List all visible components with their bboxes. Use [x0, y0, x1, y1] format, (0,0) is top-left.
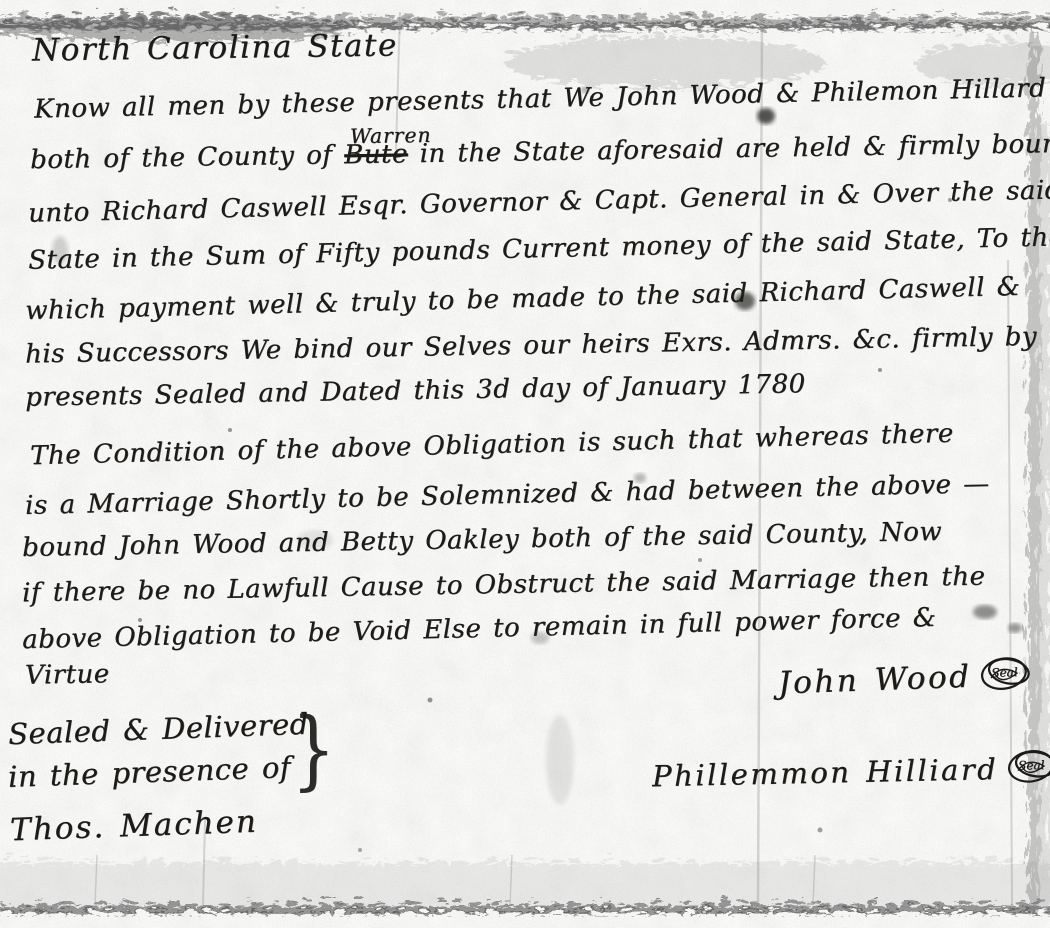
bond-line-3: unto Richard Caswell Esqr. Governor & Ca…: [28, 175, 1050, 228]
bond-line-7: presents Sealed and Dated this 3d day of…: [25, 369, 806, 413]
document-heading: North Carolina State: [32, 27, 398, 68]
signature-john-wood: John WoodSeal: [777, 651, 1036, 704]
bond-line-4: State in the Sum of Fifty pounds Current…: [28, 222, 1050, 276]
bond-line-2: both of the County of Bute Warren in the…: [30, 129, 1050, 175]
inserted-county-name: Warren: [350, 123, 432, 148]
bond-line-2-suffix: in the State aforesaid are held & firmly…: [419, 129, 1050, 169]
witness-signature: Thos. Machen: [9, 804, 258, 849]
bond-line-6: his Successors We bind our Selves our he…: [25, 320, 1050, 369]
condition-line-5: above Obligation to be Void Else to rema…: [22, 603, 937, 655]
bond-line-5: which payment well & truly to be made to…: [25, 272, 1021, 326]
condition-line-4: if there be no Lawfull Cause to Obstruct…: [22, 562, 986, 609]
seal-label: Seal: [1018, 758, 1045, 773]
condition-line-6-virtue: Virtue: [25, 659, 110, 690]
signature-name: Phillemmon Hilliard: [652, 752, 999, 793]
bond-line-1: Know all men by these presents that We J…: [34, 73, 1047, 124]
handwriting-layer: North Carolina State Know all men by the…: [0, 0, 1050, 928]
condition-line-2: is a Marriage Shortly to be Solemnized &…: [25, 469, 990, 521]
attestation-brace: }: [292, 700, 336, 800]
signature-phillemmon-hilliard: Phillemmon HilliardSeal: [652, 744, 1050, 797]
wax-seal-icon: Seal: [977, 651, 1037, 697]
condition-line-1: The Condition of the above Obligation is…: [30, 419, 954, 472]
signature-name: John Wood: [778, 659, 972, 702]
bond-line-2-prefix: both of the County of: [30, 140, 333, 175]
attestation-line-2: in the presence of: [7, 750, 291, 794]
wax-seal-icon: Seal: [1004, 744, 1050, 789]
corrected-county: Bute Warren: [344, 139, 408, 170]
condition-line-3: bound John Wood and Betty Oakley both of…: [22, 517, 942, 563]
scanned-document: North Carolina State Know all men by the…: [0, 0, 1050, 928]
seal-label: Seal: [991, 665, 1018, 680]
attestation-line-1: Sealed & Delivered: [7, 707, 309, 751]
